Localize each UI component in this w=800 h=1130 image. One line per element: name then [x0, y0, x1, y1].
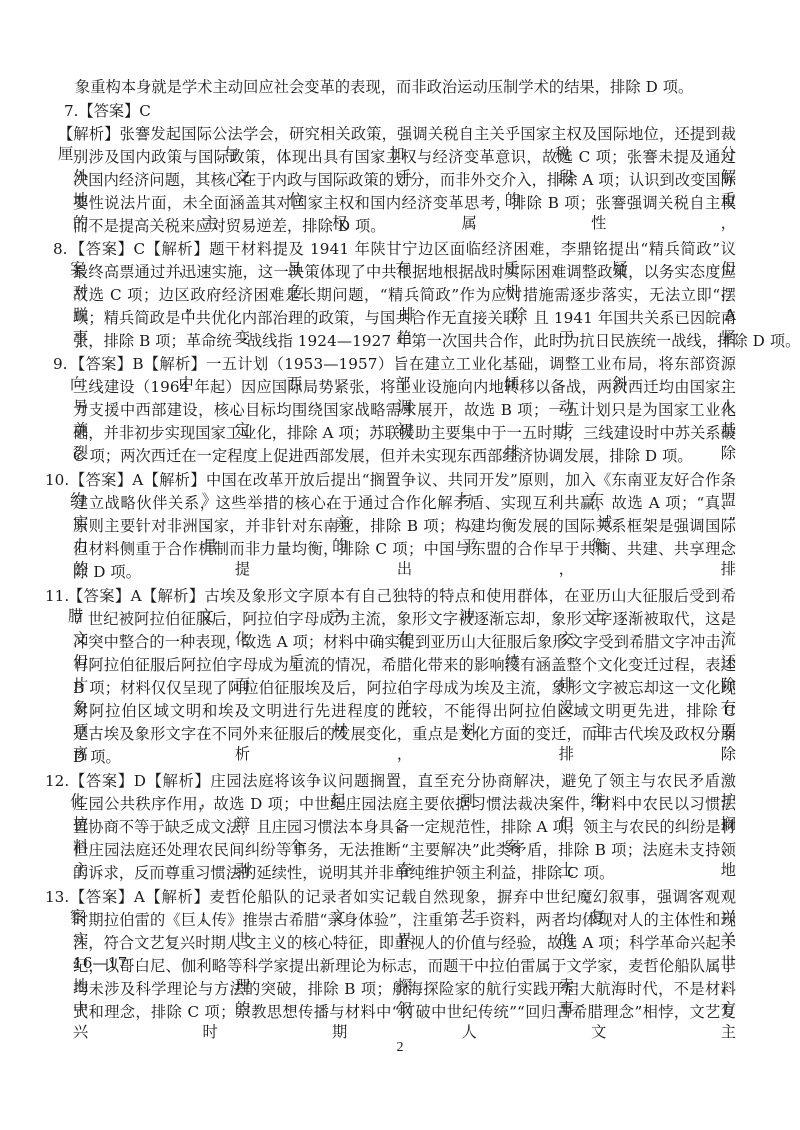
item-12-line: 的诉求，反而尊重习惯法的延续性，说明其并非单纯维护领主利益，排除 C 项。: [73, 863, 614, 883]
item-13-line: 式和理念，排除 C 项；宗教思想传播与材料中“打破中世纪传统”“回归古希腊理念”…: [73, 1002, 736, 1042]
item-number: 7.: [64, 102, 79, 120]
item-8-line: 张，排除 B 项；革命统一战线指 1924—1927 年第一次国共合作，此时为抗…: [73, 331, 800, 351]
item-7-header: 7.【答案】C: [64, 101, 151, 121]
item-number: 12.: [45, 771, 69, 791]
item-7-line: 而不是提高关税来应对贸易逆差，排除 D 项。: [73, 216, 386, 236]
item-9-line: C 项；两次西迁在一定程度上促进西部发展，但并未实现东西部经济协调发展，排除 D…: [73, 446, 693, 466]
item-11-line: D 项。: [73, 747, 121, 767]
item-number: 9.: [53, 354, 68, 374]
continuation-line: 象重构本身就是学术主动回应社会变革的表现，而非政治运动压制学术的结果，排除 D …: [75, 77, 693, 97]
item-10-line: 但材料侧重于合作机制而非力量均衡，排除 C 项；中国与东盟的合作早于共商、共建、…: [73, 539, 736, 579]
item-number: 8.: [53, 239, 68, 259]
answer-label: 【答案】C: [79, 102, 151, 120]
item-10-line: 除 D 项。: [73, 562, 141, 582]
item-11-line: 是古埃及象形文字在不同外来征服后的发展变化，重点是文化方面的变迁，而非古代埃及政…: [73, 724, 736, 764]
item-number: 10.: [45, 470, 69, 490]
answer-key-page: 象重构本身就是学术主动回应社会变革的表现，而非政治运动压制学术的结果，排除 D …: [0, 0, 800, 1130]
item-number: 11.: [45, 586, 69, 606]
page-number: 2: [0, 1040, 800, 1056]
item-number: 13.: [45, 887, 69, 907]
